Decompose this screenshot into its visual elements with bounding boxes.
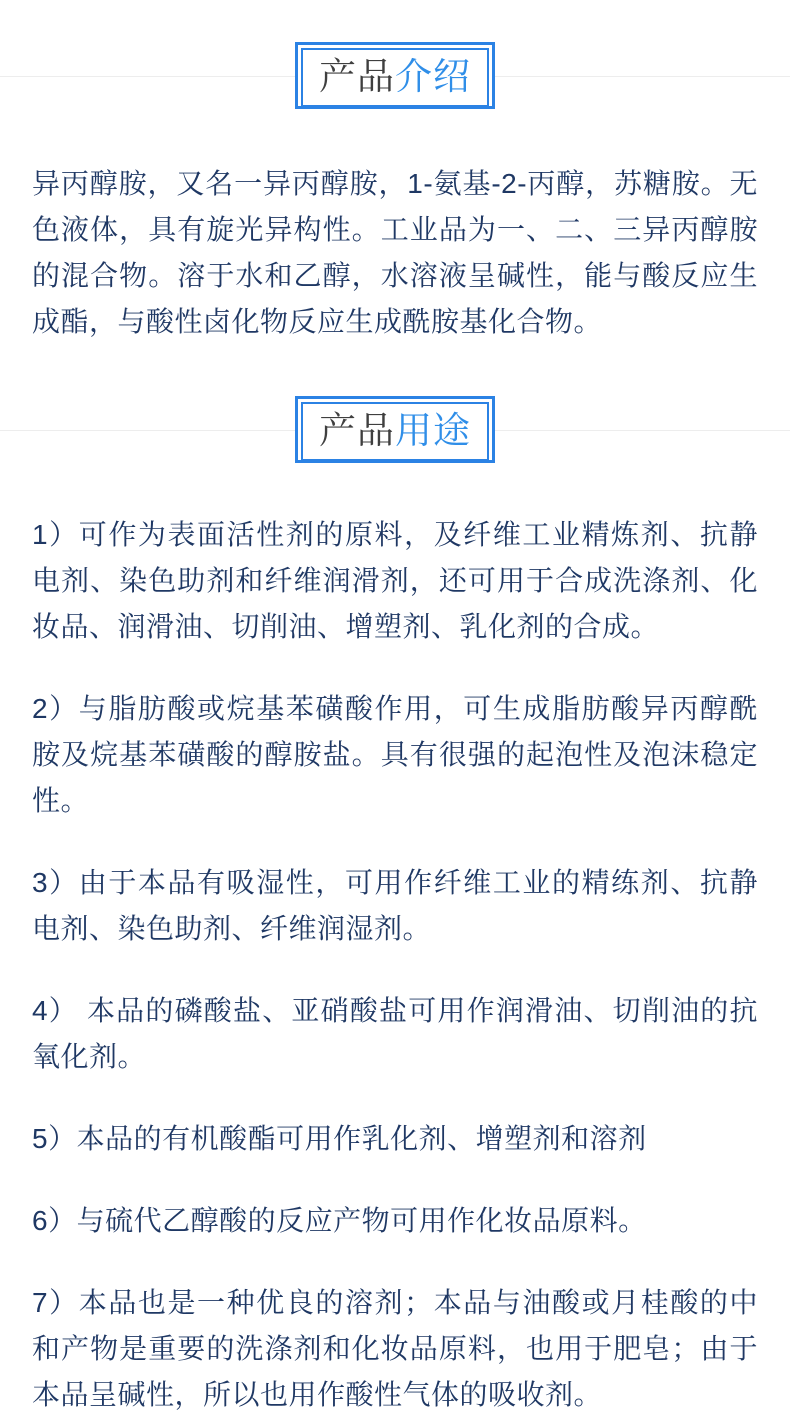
section-header-uses: 产品用途: [0, 396, 790, 463]
intro-paragraph: 异丙醇胺，又名一异丙醇胺，1-氨基-2-丙醇，苏糖胺。无色液体，具有旋光异构性。…: [32, 161, 758, 345]
intro-title-highlight: 介绍: [395, 56, 471, 97]
use-item-3: 3）由于本品有吸湿性，可用作纤维工业的精练剂、抗静电剂、染色助剂、纤维润湿剂。: [32, 860, 758, 952]
intro-title-badge: 产品介绍: [295, 42, 495, 109]
product-detail-page: 产品介绍 异丙醇胺，又名一异丙醇胺，1-氨基-2-丙醇，苏糖胺。无色液体，具有旋…: [0, 0, 790, 1417]
uses-title-text: 产品用途: [301, 402, 489, 461]
use-item-6: 6）与硫代乙醇酸的反应产物可用作化妆品原料。: [32, 1198, 758, 1244]
uses-title-prefix: 产品: [319, 410, 395, 451]
uses-title-highlight: 用途: [395, 410, 471, 451]
use-item-1: 1）可作为表面活性剂的原料，及纤维工业精炼剂、抗静电剂、染色助剂和纤维润滑剂，还…: [32, 512, 758, 650]
uses-title-badge: 产品用途: [295, 396, 495, 463]
use-item-5: 5）本品的有机酸酯可用作乳化剂、增塑剂和溶剂: [32, 1116, 758, 1162]
use-item-4: 4） 本品的磷酸盐、亚硝酸盐可用作润滑油、切削油的抗氧化剂。: [32, 988, 758, 1080]
section-header-intro: 产品介绍: [0, 42, 790, 109]
intro-title-text: 产品介绍: [301, 48, 489, 107]
use-item-2: 2）与脂肪酸或烷基苯磺酸作用，可生成脂肪酸异丙醇酰胺及烷基苯磺酸的醇胺盐。具有很…: [32, 686, 758, 824]
intro-title-prefix: 产品: [319, 56, 395, 97]
uses-list: 1）可作为表面活性剂的原料，及纤维工业精炼剂、抗静电剂、染色助剂和纤维润滑剂，还…: [0, 512, 790, 1417]
use-item-7: 7）本品也是一种优良的溶剂；本品与油酸或月桂酸的中和产物是重要的洗涤剂和化妆品原…: [32, 1280, 758, 1417]
